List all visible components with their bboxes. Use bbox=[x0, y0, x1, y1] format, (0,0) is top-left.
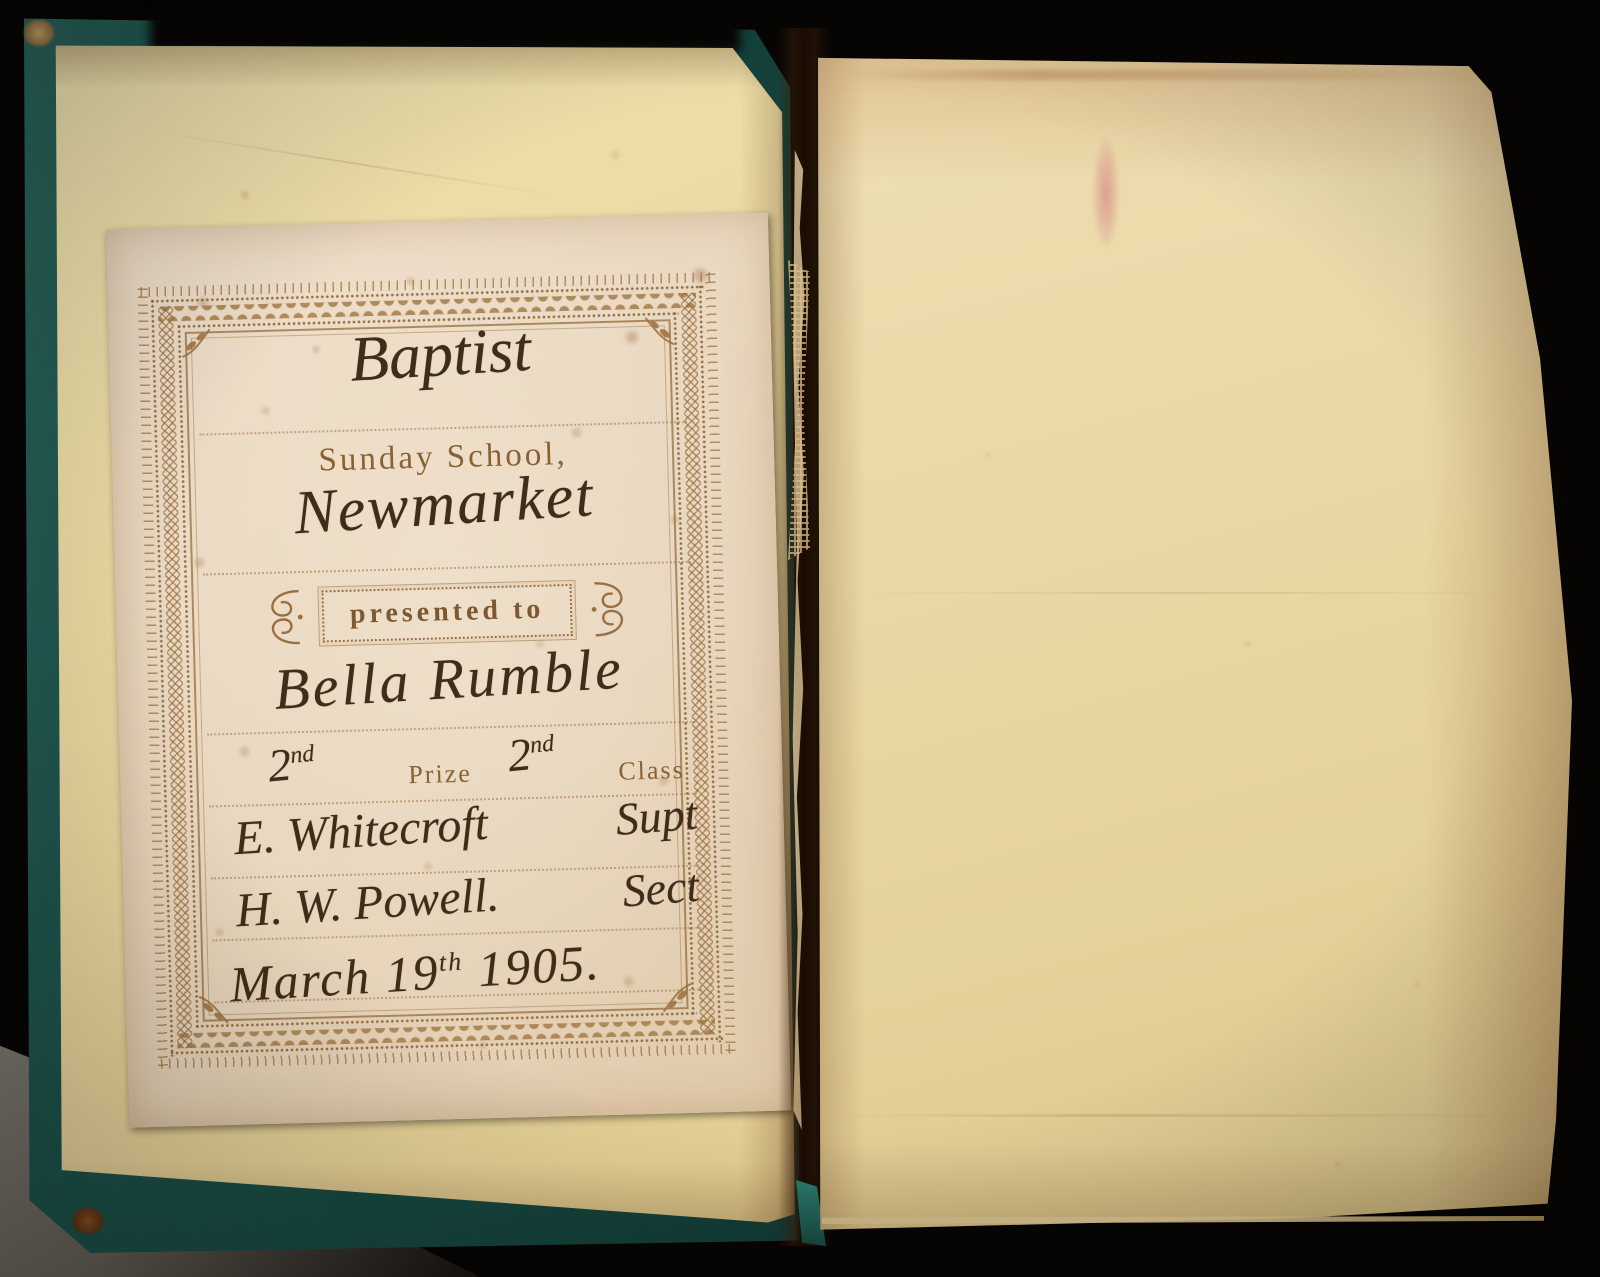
class-label: Class bbox=[618, 755, 685, 787]
paper-crease bbox=[144, 129, 559, 197]
paper-crease bbox=[835, 592, 1535, 594]
prize-value: 2nd bbox=[266, 735, 318, 792]
superintendent-role: Supt bbox=[614, 787, 700, 846]
book-photo: Baptist Sunday School, Newmarket present… bbox=[0, 0, 1600, 1277]
secretary-name: H. W. Powell. bbox=[234, 867, 500, 938]
writing-guide-line bbox=[199, 421, 687, 436]
pink-ink-smudge bbox=[1093, 138, 1119, 248]
prize-label: Prize bbox=[408, 759, 472, 791]
plate-content: Baptist Sunday School, Newmarket present… bbox=[106, 213, 791, 1128]
writing-guide-line bbox=[203, 561, 691, 576]
top-edge-stain bbox=[845, 70, 1485, 80]
right-page bbox=[815, 52, 1575, 1232]
flourish-left-icon bbox=[256, 585, 304, 650]
class-value: 2nd bbox=[505, 725, 557, 782]
bookplate: Baptist Sunday School, Newmarket present… bbox=[106, 213, 791, 1128]
superintendent-name: E. Whitecroft bbox=[232, 796, 489, 866]
paper-crease bbox=[825, 1114, 1545, 1117]
cover-worn-corner-bottom bbox=[70, 1208, 106, 1234]
cover-worn-corner-top bbox=[22, 20, 56, 46]
flourish-right-icon bbox=[590, 576, 638, 641]
school-name-line-1: Baptist bbox=[108, 297, 773, 411]
cover-top-shadow bbox=[150, 10, 740, 52]
secretary-role: Sect bbox=[621, 859, 702, 918]
presented-to-label: presented to bbox=[350, 594, 545, 630]
